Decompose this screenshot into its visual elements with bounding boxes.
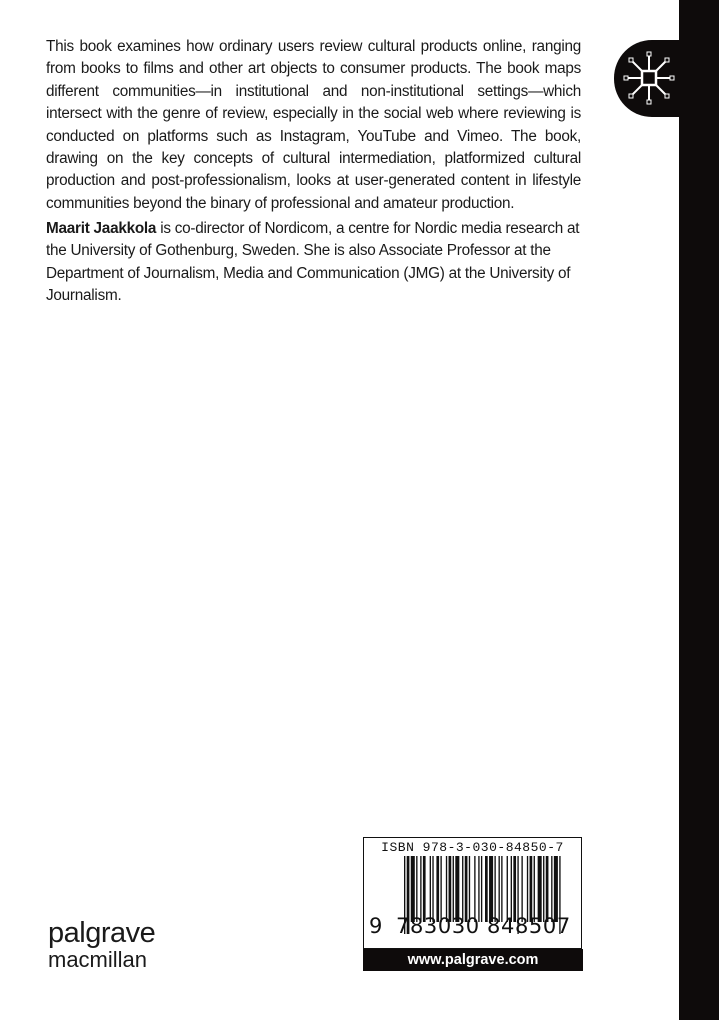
network-hub-icon	[620, 48, 678, 108]
ean-remaining-digits: 783030 848507	[396, 914, 571, 938]
blurb-text: This book examines how ordinary users re…	[46, 36, 581, 215]
publisher-logo: palgrave macmillan	[48, 918, 155, 972]
publisher-url: www.palgrave.com	[363, 949, 583, 971]
author-bio: Maarit Jaakkola is co-director of Nordic…	[46, 218, 581, 308]
ean-first-digit: 9	[369, 914, 382, 938]
isbn-label: ISBN 978-3-030-84850-7	[364, 840, 581, 855]
isbn-barcode: ISBN 978-3-030-84850-7 9 783030 848507	[363, 837, 582, 949]
logo-macmillan: macmillan	[48, 948, 155, 972]
series-tab	[614, 40, 684, 117]
book-blurb: This book examines how ordinary users re…	[46, 36, 581, 215]
author-name: Maarit Jaakkola	[46, 220, 156, 237]
book-spine	[679, 0, 719, 1020]
logo-palgrave: palgrave	[48, 918, 155, 948]
